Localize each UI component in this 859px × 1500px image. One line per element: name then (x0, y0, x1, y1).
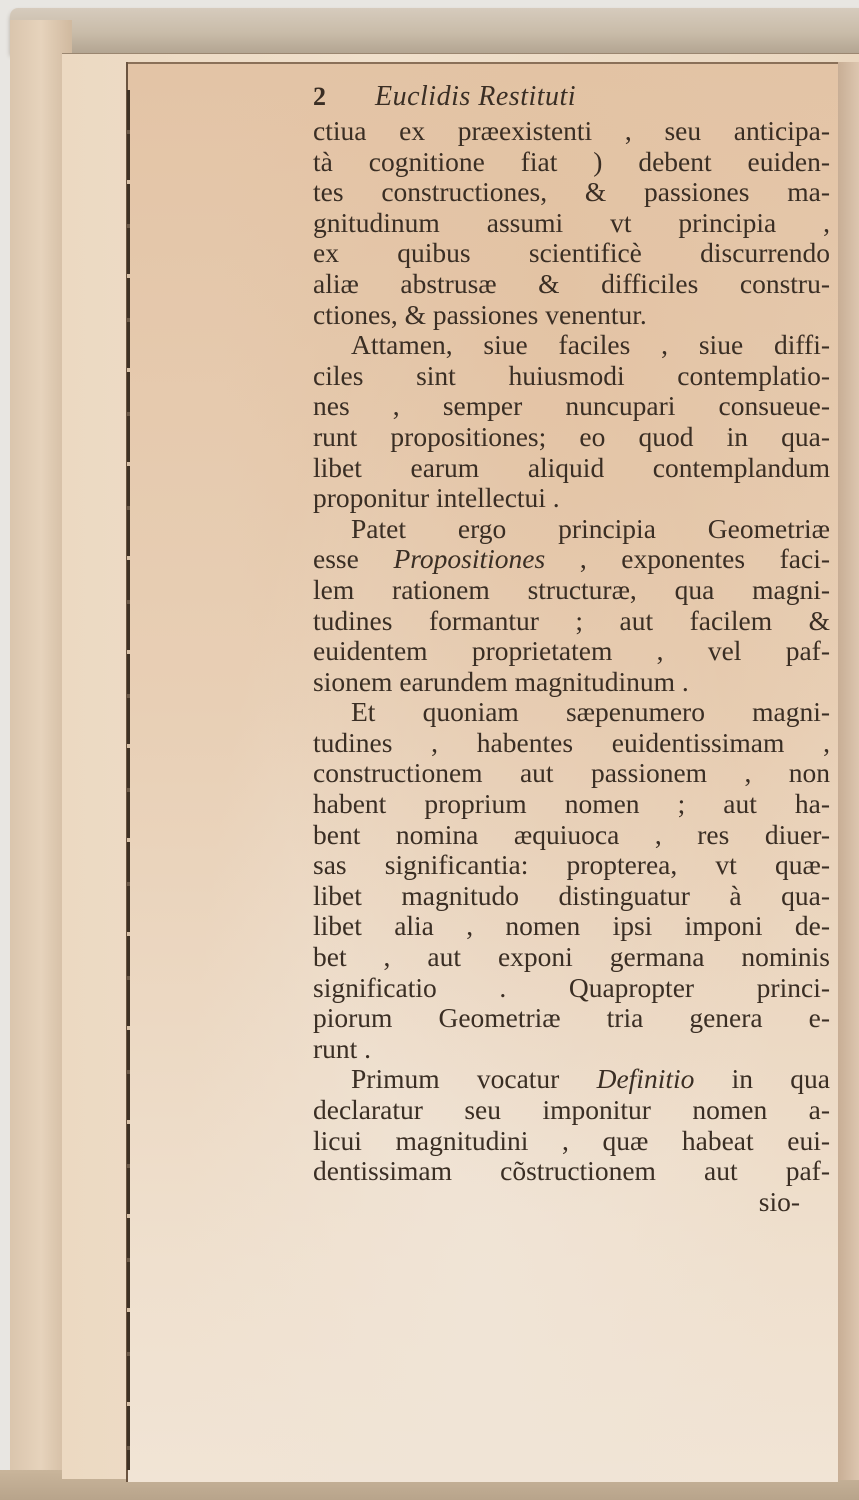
paragraph-1: ctiua ex præexistenti , seu anticipa- tà… (313, 116, 830, 330)
text-line: Patet ergo principia Geometriæ (313, 514, 830, 545)
page-fore-edge (838, 62, 859, 1480)
page-number: 2 (313, 82, 375, 113)
text-line: tudines , habentes euidentissimam , (313, 728, 830, 759)
catchword: sio- (313, 1187, 830, 1218)
text-line: libet alia , nomen ipsi imponi de- (313, 911, 830, 942)
text-line: runt propositiones; eo quod in qua- (313, 422, 830, 453)
text-line: tà cognitione fiat ) debent euiden- (313, 147, 830, 178)
paragraph-5: Primum vocatur Definitio in qua declarat… (313, 1064, 830, 1186)
text-line: constructionem aut passionem , non (313, 758, 830, 789)
text-line: ctiones, & passiones venentur. (313, 300, 830, 331)
text-line: esse Propositiones , exponentes faci- (313, 544, 830, 575)
running-title: Euclidis Restituti (375, 82, 576, 113)
text-line: licui magnitudini , quæ habeat eui- (313, 1126, 830, 1157)
italic-term: Propositiones (393, 543, 545, 574)
italic-term: Definitio (597, 1063, 695, 1094)
paragraph-2: Attamen, siue faciles , siue diffi- cile… (313, 330, 830, 514)
text-line: dentissimam cõstructionem aut paf- (313, 1156, 830, 1187)
text-line: runt . (313, 1034, 830, 1065)
text-line: sas significantia: propterea, vt quæ- (313, 850, 830, 881)
text-line: nes , semper nuncupari consueue- (313, 391, 830, 422)
text-line: sionem earundem magnitudinum . (313, 667, 830, 698)
text-line: bet , aut exponi germana nominis (313, 942, 830, 973)
text-line: aliæ abstrusæ & difficiles constru- (313, 269, 830, 300)
text-line: ex quibus scientificè discurrendo (313, 238, 830, 269)
text-line: gnitudinum assumi vt principia , (313, 208, 830, 239)
text-line: declaratur seu imponitur nomen a- (313, 1095, 830, 1126)
page-text: 2 Euclidis Restituti ctiua ex præexisten… (313, 82, 830, 1217)
text-line: significatio . Quapropter princi- (313, 973, 830, 1004)
text-line: Et quoniam sæpenumero magni- (313, 697, 830, 728)
text-line: ciles sint huiusmodi contemplatio- (313, 361, 830, 392)
text-line: libet magnitudo distinguatur à qua- (313, 881, 830, 912)
text-line: Attamen, siue faciles , siue diffi- (313, 330, 830, 361)
paragraph-3: Patet ergo principia Geometriæ esse Prop… (313, 514, 830, 698)
text-line: lem rationem structuræ, qua magni- (313, 575, 830, 606)
text-line: euidentem proprietatem , vel paf- (313, 636, 830, 667)
text-line: piorum Geometriæ tria genera e- (313, 1003, 830, 1034)
text-line: Primum vocatur Definitio in qua (313, 1064, 830, 1095)
running-head: 2 Euclidis Restituti (313, 82, 830, 116)
text-line: ctiua ex præexistenti , seu anticipa- (313, 116, 830, 147)
text-line: habent proprium nomen ; aut ha- (313, 789, 830, 820)
text-line: tudines formantur ; aut facilem & (313, 606, 830, 637)
gutter-shadow (127, 90, 130, 1470)
book-cover-top-edge (10, 8, 859, 53)
text-line: tes constructiones, & passiones ma- (313, 177, 830, 208)
text-line: libet earum aliquid contemplandum (313, 453, 830, 484)
text-line: proponitur intellectui . (313, 483, 830, 514)
text-line: bent nomina æquiuoca , res diuer- (313, 820, 830, 851)
paragraph-4: Et quoniam sæpenumero magni- tudines , h… (313, 697, 830, 1064)
